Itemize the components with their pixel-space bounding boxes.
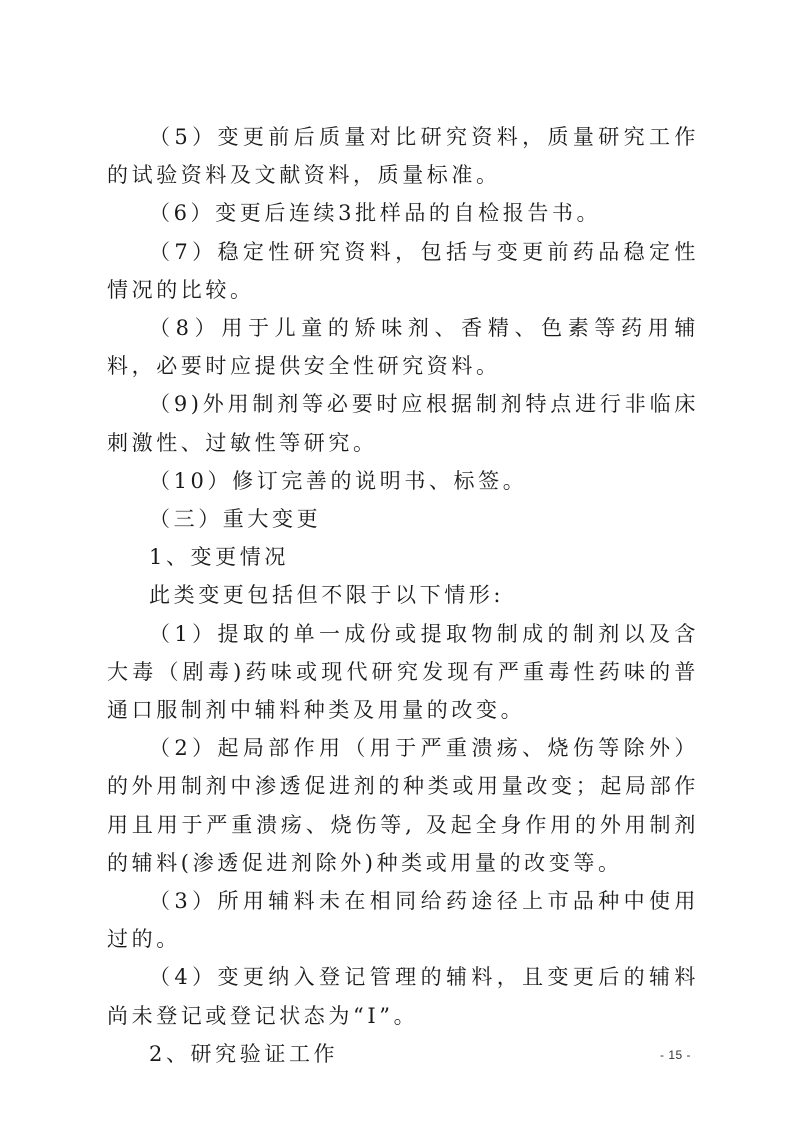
- section-heading-major-change: （三）重大变更: [107, 500, 699, 538]
- major-change-item-1: （1）提取的单一成份或提取物制成的制剂以及含大毒（剧毒)药味或现代研究发现有严重…: [107, 615, 699, 730]
- major-change-item-2: （2）起局部作用（用于严重溃疡、烧伤等除外）的外用制剂中渗透促进剂的种类或用量改…: [107, 729, 699, 882]
- paragraph-item-5: （5）变更前后质量对比研究资料，质量研究工作的试验资料及文献资料，质量标准。: [107, 118, 699, 194]
- page-number: - 15 -: [660, 1048, 691, 1062]
- paragraph-item-9: （9)外用制剂等必要时应根据制剂特点进行非临床刺激性、过敏性等研究。: [107, 385, 699, 461]
- subheading-change-situation: 1、变更情况: [107, 538, 699, 576]
- paragraph-item-6: （6）变更后连续3批样品的自检报告书。: [107, 194, 699, 232]
- subheading-research-validation: 2、研究验证工作: [107, 1035, 699, 1073]
- paragraph-item-10: （10）修订完善的说明书、标签。: [107, 462, 699, 500]
- paragraph-item-8: （8）用于儿童的矫味剂、香精、色素等药用辅料，必要时应提供安全性研究资料。: [107, 309, 699, 385]
- intro-sentence: 此类变更包括但不限于以下情形:: [107, 576, 699, 614]
- major-change-item-3: （3）所用辅料未在相同给药途径上市品种中使用过的。: [107, 882, 699, 958]
- document-body: （5）变更前后质量对比研究资料，质量研究工作的试验资料及文献资料，质量标准。 （…: [107, 118, 699, 1073]
- paragraph-item-7: （7）稳定性研究资料，包括与变更前药品稳定性情况的比较。: [107, 233, 699, 309]
- major-change-item-4: （4）变更纳入登记管理的辅料，且变更后的辅料尚未登记或登记状态为“I”。: [107, 958, 699, 1034]
